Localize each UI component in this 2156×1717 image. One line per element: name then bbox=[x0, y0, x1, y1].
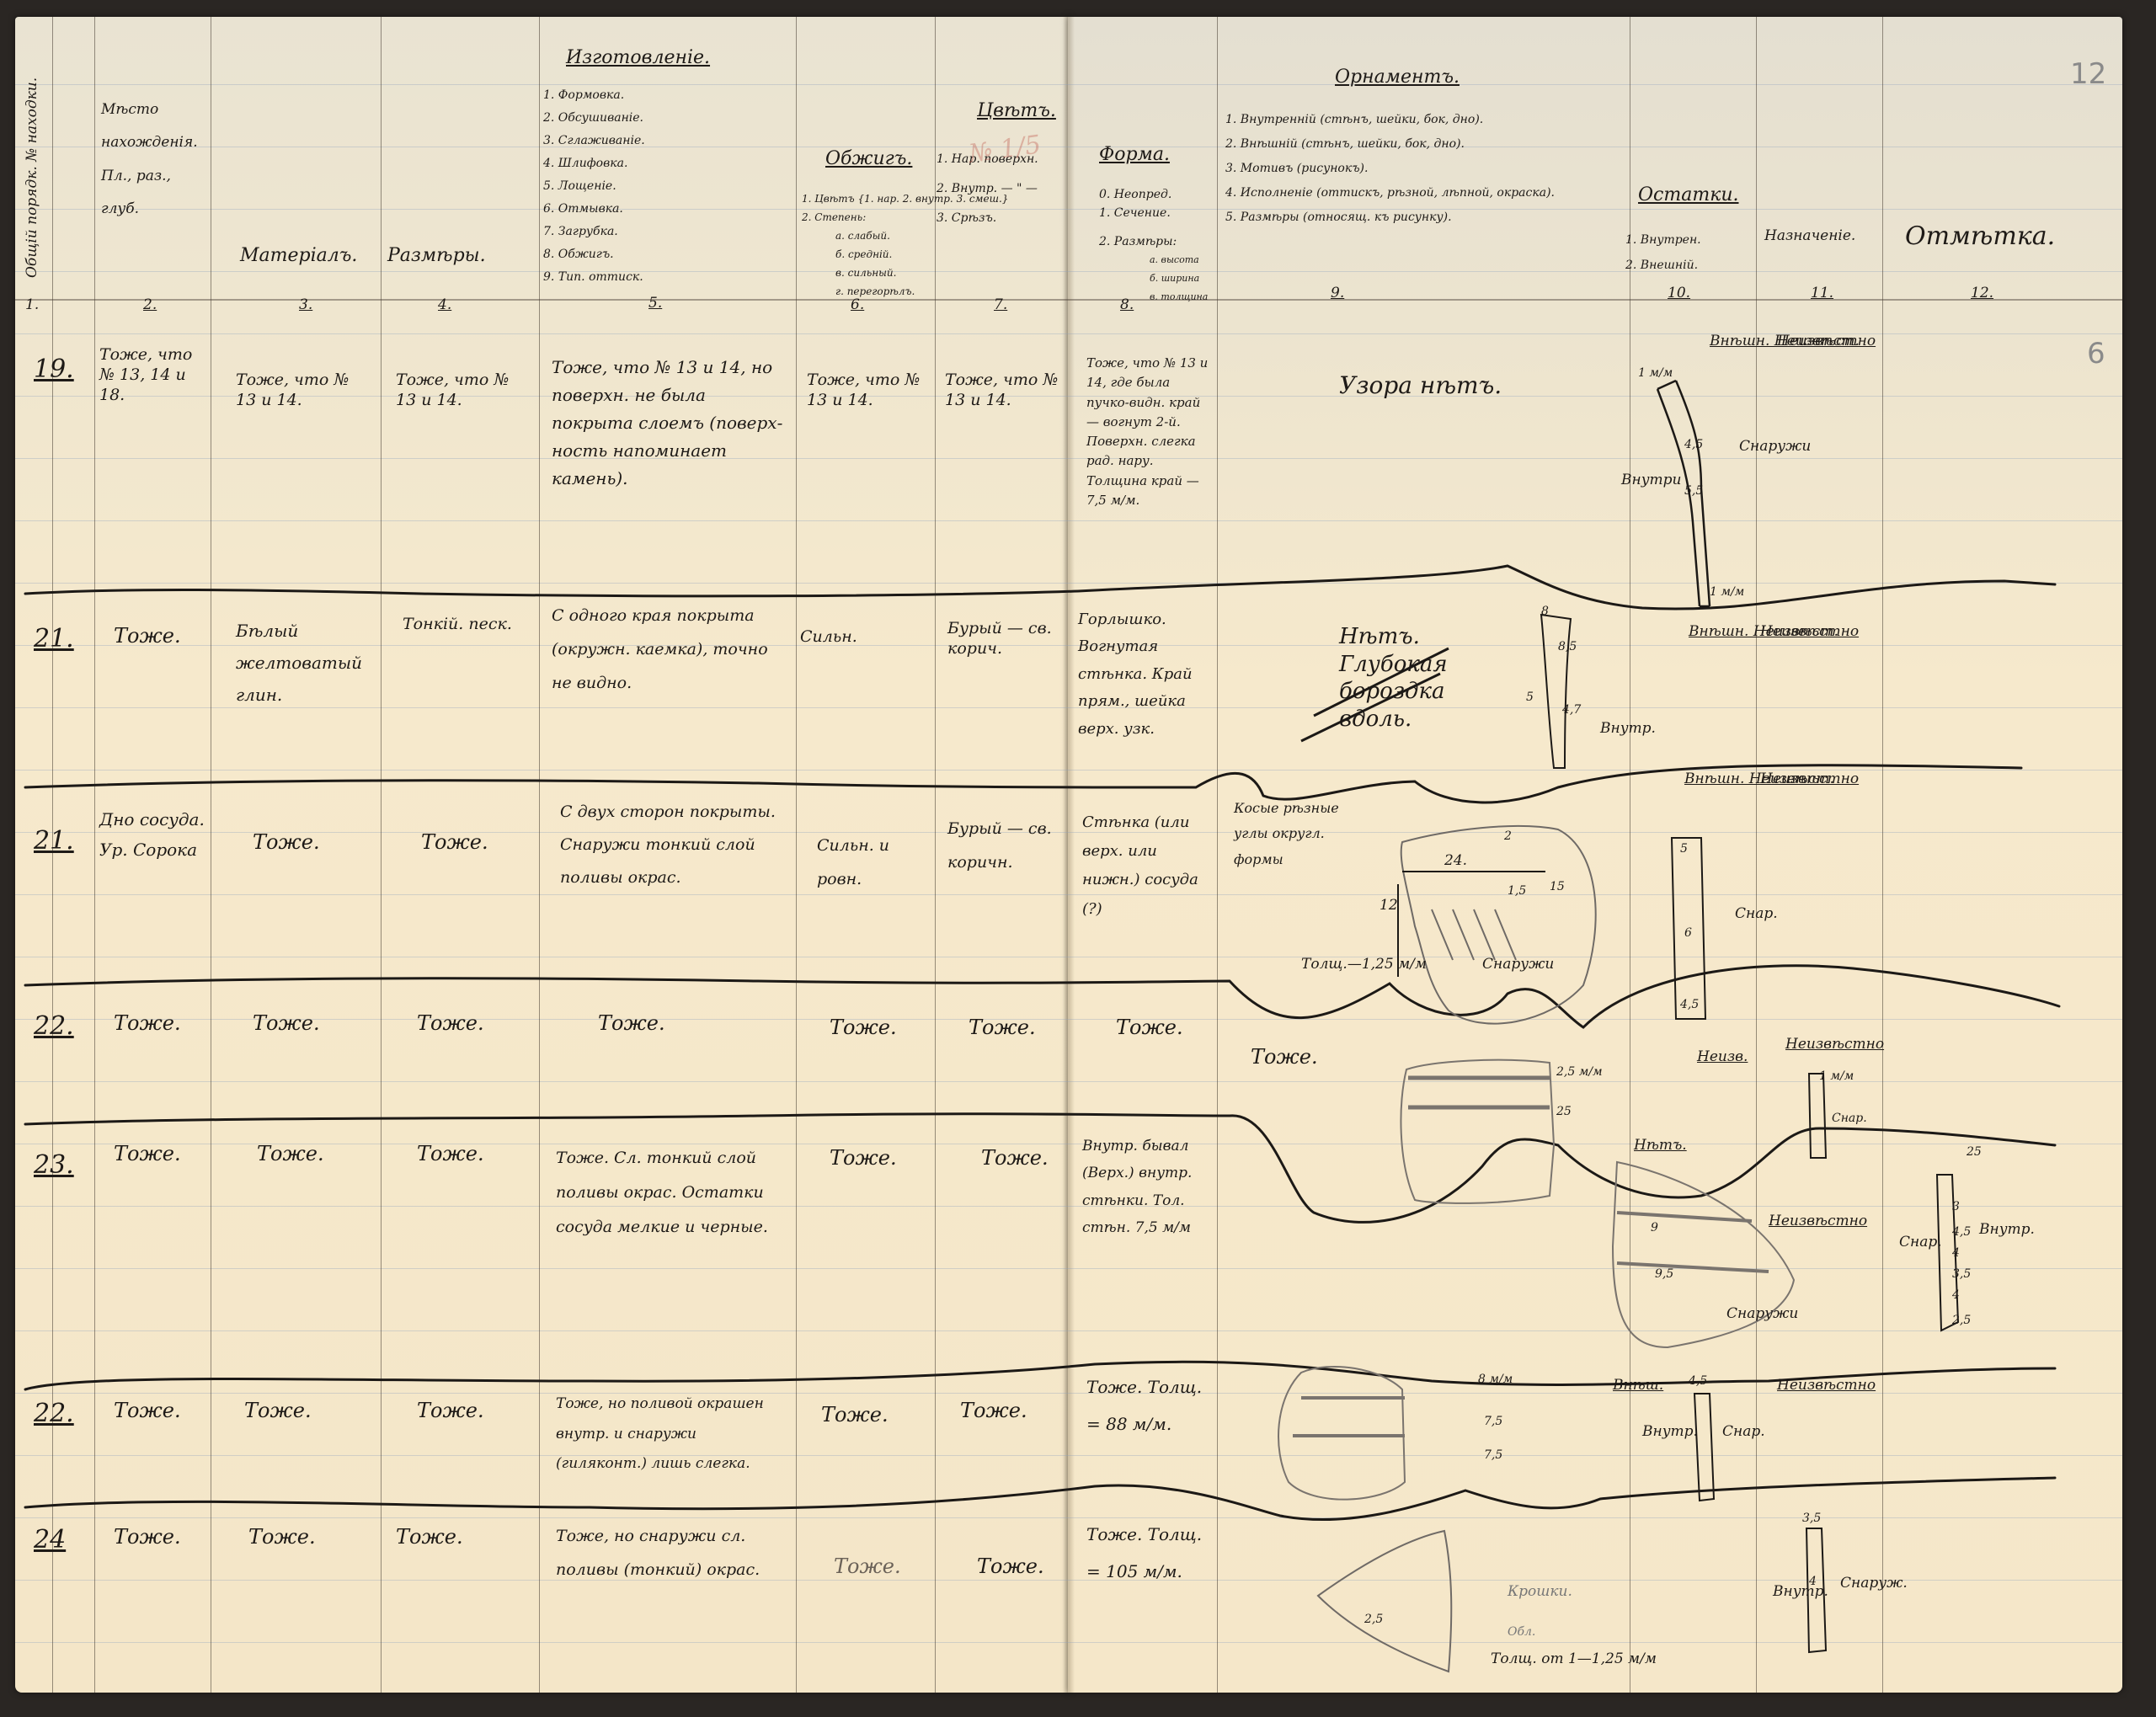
col7-title: Цвѣтъ. bbox=[977, 99, 1056, 123]
page-number-top: 12 bbox=[2070, 57, 2106, 91]
ledger-rule bbox=[15, 1081, 2122, 1082]
col4-header: Размѣры. bbox=[387, 244, 486, 268]
ledger-rule bbox=[15, 1206, 2122, 1207]
col12-num: 12. bbox=[1971, 285, 1993, 302]
col10-items: 1. Внутрен.2. Внешній. bbox=[1625, 227, 1701, 278]
page-number-side: 6 bbox=[2087, 337, 2105, 371]
ledger-rule bbox=[15, 1019, 2122, 1020]
ledger-rule bbox=[15, 957, 2122, 957]
col1-num: 1. bbox=[25, 296, 39, 314]
col8-num: 8. bbox=[1120, 296, 1134, 314]
col12-header: Отмѣтка. bbox=[1905, 221, 2055, 253]
ledger-rule bbox=[15, 458, 2122, 459]
ledger-rule bbox=[15, 1455, 2122, 1456]
col10-num: 10. bbox=[1668, 285, 1690, 302]
col5-num: 5. bbox=[648, 295, 662, 312]
ledger-rule bbox=[15, 1144, 2122, 1144]
ledger-rule bbox=[15, 832, 2122, 833]
ledger-rule bbox=[15, 1642, 2122, 1643]
col11-num: 11. bbox=[1811, 285, 1833, 302]
col5-items: 1. Формовка.2. Обсушиваніе.3. Сглаживані… bbox=[543, 84, 645, 289]
ledger-rule bbox=[15, 209, 2122, 210]
ledger-rule bbox=[15, 1580, 2122, 1581]
ledger-rule bbox=[15, 583, 2122, 584]
col1-header: Общій порядк. № находки. bbox=[24, 77, 41, 278]
ledger-rule bbox=[15, 84, 2122, 85]
col3-header: Матеріалъ. bbox=[240, 244, 357, 268]
right-page bbox=[1068, 17, 2122, 1693]
header-divider bbox=[15, 299, 2122, 301]
ledger-rule bbox=[15, 271, 2122, 272]
col8-items: 0. Неопред.1. Сечение. 2. Размѣры: а. вы… bbox=[1099, 185, 1208, 307]
ledger-rule bbox=[15, 894, 2122, 895]
col3-num: 3. bbox=[299, 296, 312, 314]
col2-num: 2. bbox=[143, 296, 157, 314]
col5-title: Изготовленіе. bbox=[566, 46, 710, 70]
col9-title: Орнаментъ. bbox=[1335, 66, 1460, 89]
col6-title: Обжигъ. bbox=[825, 147, 912, 171]
ledger-rule bbox=[15, 1330, 2122, 1331]
col11-header: Назначеніе. bbox=[1764, 227, 1855, 245]
ledger-rule bbox=[15, 1268, 2122, 1269]
col7-num: 7. bbox=[994, 296, 1007, 314]
col8-title: Форма. bbox=[1099, 143, 1170, 167]
col10-title: Остатки. bbox=[1638, 184, 1739, 207]
col2-header: Мѣсто нахожденія. Пл., раз., глуб. bbox=[101, 101, 198, 218]
col9-items: 1. Внутренній (стѣнъ, шейки, бок, дно).2… bbox=[1225, 108, 1555, 230]
col4-num: 4. bbox=[438, 296, 451, 314]
ledger-rule bbox=[15, 520, 2122, 521]
col9-num: 9. bbox=[1331, 285, 1344, 302]
ledger-rule bbox=[15, 147, 2122, 147]
col6-num: 6. bbox=[851, 296, 864, 314]
